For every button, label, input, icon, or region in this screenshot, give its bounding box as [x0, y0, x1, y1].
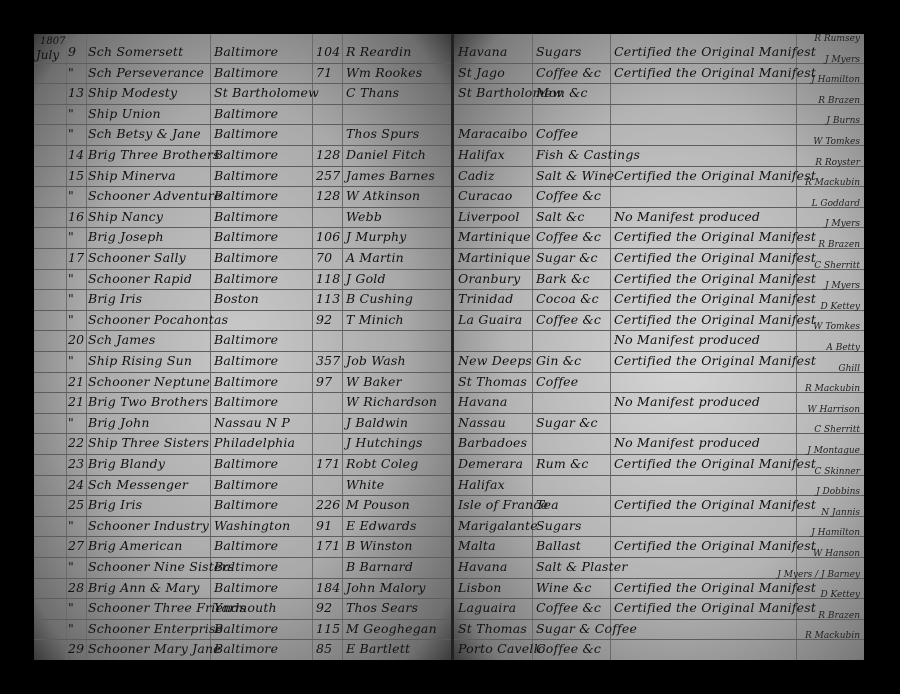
ledger-row-left: 13Ship ModestySt BartholomewC Thans: [34, 83, 452, 105]
signature-cell: C Sherritt: [814, 425, 860, 435]
cargo-cell: Wine &c: [536, 580, 592, 595]
tons-cell: 171: [316, 538, 340, 553]
home-port-cell: Boston: [214, 291, 259, 306]
home-port-cell: Baltimore: [214, 250, 278, 265]
cargo-cell: Coffee &c: [536, 600, 601, 615]
signature-cell: W Tomkes: [813, 137, 860, 147]
master-cell: Wm Rookes: [346, 65, 422, 80]
cargo-cell: Sugars: [536, 44, 582, 59]
ledger-row-right: BarbadoesNo Manifest producedC Sherritt: [454, 433, 864, 455]
remarks-cell: Certified the Original Manifest: [614, 497, 816, 512]
from-port-cell: Trinidad: [458, 291, 513, 306]
signature-cell: J Montague: [807, 446, 860, 456]
master-cell: Webb: [346, 209, 382, 224]
home-port-cell: Baltimore: [214, 497, 278, 512]
signature-cell: R Brazen: [818, 240, 860, 250]
ledger-row-left: 14Brig Three BrothersBaltimore128Daniel …: [34, 145, 452, 167]
from-port-cell: Demerara: [458, 456, 523, 471]
remarks-cell: Certified the Original Manifest: [614, 271, 816, 286]
from-port-cell: Nassau: [458, 415, 506, 430]
ledger-row-left: "Schooner IndustryWashington91E Edwards: [34, 516, 452, 538]
signature-cell: C Skinner: [815, 467, 860, 477]
ledger-row-right: HalifaxC Skinner: [454, 475, 864, 497]
ledger-row-right: No Manifest producedW Tomkes: [454, 330, 864, 352]
remarks-cell: No Manifest produced: [614, 394, 760, 409]
tons-cell: 184: [316, 580, 340, 595]
signature-cell: R Royster: [815, 158, 860, 168]
tons-cell: 118: [316, 271, 340, 286]
day-cell: ": [68, 65, 74, 80]
ledger-row-left: "Sch Betsy & JaneBaltimoreThos Spurs: [34, 124, 452, 146]
cargo-cell: Sugar & Coffee: [536, 621, 637, 636]
ledger-row-right: DemeraraRum &cCertified the Original Man…: [454, 454, 864, 476]
day-cell: ": [68, 559, 74, 574]
ledger-row-right: St ThomasSugar & CoffeeR Brazen: [454, 619, 864, 641]
ledger-row-left: 9Sch SomersettBaltimore104R Reardin: [34, 42, 452, 64]
vessel-cell: Ship Nancy: [88, 209, 163, 224]
ledger-row-right: MartiniqueSugar &cCertified the Original…: [454, 248, 864, 270]
home-port-cell: Baltimore: [214, 188, 278, 203]
tons-cell: 104: [316, 44, 340, 59]
vessel-cell: Brig Blandy: [88, 456, 165, 471]
tons-cell: 115: [316, 621, 340, 636]
master-cell: C Thans: [346, 85, 399, 100]
ledger-row-left: "Ship Rising SunBaltimore357Job Wash: [34, 351, 452, 373]
cargo-cell: Salt & Wine: [536, 168, 614, 183]
cargo-cell: Salt & Plaster: [536, 559, 628, 574]
home-port-cell: Yarmouth: [214, 600, 277, 615]
day-cell: 9: [68, 44, 76, 59]
cargo-cell: Cocoa &c: [536, 291, 599, 306]
home-port-cell: Baltimore: [214, 106, 278, 121]
ledger-row-left: 17Schooner SallyBaltimore70A Martin: [34, 248, 452, 270]
day-cell: ": [68, 106, 74, 121]
ledger-row-right: HavanaNo Manifest producedR Mackubin: [454, 392, 864, 414]
vessel-cell: Sch Messenger: [88, 477, 188, 492]
tons-cell: 92: [316, 600, 332, 615]
tons-cell: 128: [316, 147, 340, 162]
day-cell: ": [68, 415, 74, 430]
cargo-cell: Coffee &c: [536, 312, 601, 327]
ledger-row-left: 21Brig Two BrothersBaltimoreW Richardson: [34, 392, 452, 414]
ledger-row-left: "Brig JohnNassau N PJ Baldwin: [34, 413, 452, 435]
ledger-row-right: CadizSalt & WineCertified the Original M…: [454, 166, 864, 188]
vessel-cell: Schooner Pocahontas: [88, 312, 228, 327]
ledger-row-right: St BartholomewMon &cJ Hamilton: [454, 83, 864, 105]
day-cell: 29: [68, 641, 84, 656]
signature-cell: J Hamilton: [811, 528, 860, 538]
from-port-cell: New Deeps: [458, 353, 532, 368]
tons-cell: 106: [316, 229, 340, 244]
ledger-row-right: MartiniqueCoffee &cCertified the Origina…: [454, 227, 864, 249]
ledger-row-right: LisbonWine &cCertified the Original Mani…: [454, 578, 864, 600]
remarks-cell: Certified the Original Manifest: [614, 291, 816, 306]
from-port-cell: Havana: [458, 559, 508, 574]
vessel-cell: Ship Union: [88, 106, 161, 121]
vessel-cell: Schooner Enterprise: [88, 621, 223, 636]
signature-cell: J Hamilton: [811, 75, 860, 85]
from-port-cell: Havana: [458, 394, 508, 409]
signature-cell: J Myers / J Barney: [777, 570, 860, 580]
ledger-book: 1807 July 9Sch SomersettBaltimore104R Re…: [30, 28, 868, 668]
ledger-row-right: Isle of FranceTeaCertified the Original …: [454, 495, 864, 517]
master-cell: B Winston: [346, 538, 413, 553]
master-cell: J Gold: [346, 271, 386, 286]
home-port-cell: Baltimore: [214, 332, 278, 347]
master-cell: White: [346, 477, 384, 492]
tons-cell: 357: [316, 353, 340, 368]
from-port-cell: Oranbury: [458, 271, 520, 286]
from-port-cell: Marigalante: [458, 518, 538, 533]
from-port-cell: Curacao: [458, 188, 512, 203]
master-cell: B Cushing: [346, 291, 413, 306]
day-cell: ": [68, 312, 74, 327]
cargo-cell: Coffee &c: [536, 65, 601, 80]
signature-cell: J Dobbins: [816, 487, 860, 497]
ledger-row-right: HalifaxFish & CastingsW Tomkes: [454, 145, 864, 167]
remarks-cell: Certified the Original Manifest: [614, 353, 816, 368]
day-cell: ": [68, 188, 74, 203]
ledger-row-left: 23Brig BlandyBaltimore171Robt Coleg: [34, 454, 452, 476]
ledger-row-right: New DeepsGin &cCertified the Original Ma…: [454, 351, 864, 373]
cargo-cell: Coffee &c: [536, 641, 601, 656]
vessel-cell: Sch James: [88, 332, 156, 347]
home-port-cell: St Bartholomew: [214, 85, 319, 100]
remarks-cell: Certified the Original Manifest: [614, 312, 816, 327]
from-port-cell: Malta: [458, 538, 496, 553]
signature-cell: R Mackubin: [805, 384, 860, 394]
tons-cell: 85: [316, 641, 332, 656]
from-port-cell: Barbadoes: [458, 435, 527, 450]
cargo-cell: Gin &c: [536, 353, 581, 368]
ledger-row-left: 24Sch MessengerBaltimoreWhite: [34, 475, 452, 497]
ledger-row-left: 28Brig Ann & MaryBaltimore184John Malory: [34, 578, 452, 600]
vessel-cell: Brig Three Brothers: [88, 147, 220, 162]
day-cell: 13: [68, 85, 84, 100]
home-port-cell: Baltimore: [214, 126, 278, 141]
day-cell: 27: [68, 538, 84, 553]
signature-cell: J Myers: [825, 219, 860, 229]
cargo-cell: Sugar &c: [536, 250, 598, 265]
signature-cell: N Jannis: [821, 508, 860, 518]
vessel-cell: Brig American: [88, 538, 183, 553]
master-cell: W Baker: [346, 374, 402, 389]
from-port-cell: Martinique: [458, 250, 531, 265]
signature-cell: J Myers: [825, 281, 860, 291]
cargo-cell: Coffee &c: [536, 229, 601, 244]
tons-cell: 91: [316, 518, 332, 533]
ledger-row-left: "Schooner Three FriendsYarmouth92Thos Se…: [34, 598, 452, 620]
ledger-row-right: NassauSugar &cW Harrison: [454, 413, 864, 435]
cargo-cell: Sugar &c: [536, 415, 598, 430]
day-cell: 17: [68, 250, 84, 265]
tons-cell: 92: [316, 312, 332, 327]
tons-cell: 257: [316, 168, 340, 183]
ledger-row-right: Porto CavelloCoffee &cR Mackubin: [454, 639, 864, 660]
from-port-cell: Halifax: [458, 477, 505, 492]
signature-cell: W Hanson: [813, 549, 860, 559]
ledger-row-left: "Schooner Nine SistersBaltimoreB Barnard: [34, 557, 452, 579]
ledger-row-left: "Schooner Pocahontas92T Minich: [34, 310, 452, 332]
ledger-row-right: CuracaoCoffee &cR Mackubin: [454, 186, 864, 208]
vessel-cell: Brig Ann & Mary: [88, 580, 200, 595]
cargo-cell: Tea: [536, 497, 559, 512]
from-port-cell: La Guaira: [458, 312, 522, 327]
tons-cell: 128: [316, 188, 340, 203]
ledger-row-left: "Ship UnionBaltimore: [34, 104, 452, 126]
vessel-cell: Brig Joseph: [88, 229, 164, 244]
vessel-cell: Sch Somersett: [88, 44, 183, 59]
vessel-cell: Schooner Rapid: [88, 271, 192, 286]
signature-cell: J Burns: [826, 116, 860, 126]
signature-cell: W Harrison: [807, 405, 860, 415]
home-port-cell: Baltimore: [214, 229, 278, 244]
remarks-cell: No Manifest produced: [614, 332, 760, 347]
day-cell: 28: [68, 580, 84, 595]
cargo-cell: Ballast: [536, 538, 581, 553]
vessel-cell: Sch Betsy & Jane: [88, 126, 201, 141]
day-cell: 22: [68, 435, 84, 450]
remarks-cell: No Manifest produced: [614, 209, 760, 224]
master-cell: W Richardson: [346, 394, 437, 409]
ledger-row-right: MarigalanteSugarsN Jannis: [454, 516, 864, 538]
ledger-row-left: "Schooner AdventureBaltimore128W Atkinso…: [34, 186, 452, 208]
ledger-row-right: MaltaBallastCertified the Original Manif…: [454, 536, 864, 558]
home-port-cell: Baltimore: [214, 147, 278, 162]
ledger-row-left: 22Ship Three SistersPhiladelphiaJ Hutchi…: [34, 433, 452, 455]
master-cell: R Reardin: [346, 44, 411, 59]
remarks-cell: No Manifest produced: [614, 435, 760, 450]
tons-cell: 226: [316, 497, 340, 512]
vessel-cell: Schooner Nine Sisters: [88, 559, 234, 574]
ledger-row-left: 21Schooner NeptuneBaltimore97W Baker: [34, 372, 452, 394]
from-port-cell: Laguaira: [458, 600, 516, 615]
master-cell: J Hutchings: [346, 435, 423, 450]
home-port-cell: Baltimore: [214, 641, 278, 656]
signature-cell: R Mackubin: [805, 631, 860, 641]
master-cell: E Bartlett: [346, 641, 410, 656]
vessel-cell: Brig Iris: [88, 291, 142, 306]
ledger-row-right: St JagoCoffee &cCertified the Original M…: [454, 63, 864, 85]
home-port-cell: Baltimore: [214, 580, 278, 595]
vessel-cell: Ship Three Sisters: [88, 435, 209, 450]
signature-cell: C Sherritt: [814, 261, 860, 271]
home-port-cell: Nassau N P: [214, 415, 290, 430]
ledger-row-left: 27Brig AmericanBaltimore171B Winston: [34, 536, 452, 558]
ledger-row-left: "Schooner RapidBaltimore118J Gold: [34, 269, 452, 291]
home-port-cell: Baltimore: [214, 168, 278, 183]
ledger-row-left: 20Sch JamesBaltimore: [34, 330, 452, 352]
vessel-cell: Schooner Industry: [88, 518, 209, 533]
ledger-row-left: 29Schooner Mary JaneBaltimore85E Bartlet…: [34, 639, 452, 660]
tons-cell: 70: [316, 250, 332, 265]
master-cell: T Minich: [346, 312, 404, 327]
ledger-row-left: "Brig JosephBaltimore106J Murphy: [34, 227, 452, 249]
ledger-row-left: "Brig IrisBoston113B Cushing: [34, 289, 452, 311]
home-port-cell: Baltimore: [214, 271, 278, 286]
ledger-row-left: 15Ship MinervaBaltimore257James Barnes: [34, 166, 452, 188]
cargo-cell: Bark &c: [536, 271, 590, 286]
from-port-cell: Liverpool: [458, 209, 520, 224]
home-port-cell: Baltimore: [214, 559, 278, 574]
master-cell: M Pouson: [346, 497, 410, 512]
cargo-cell: Coffee &c: [536, 188, 601, 203]
tons-cell: 171: [316, 456, 340, 471]
from-port-cell: St Thomas: [458, 621, 527, 636]
day-cell: ": [68, 600, 74, 615]
day-cell: 24: [68, 477, 84, 492]
day-cell: ": [68, 518, 74, 533]
from-port-cell: Halifax: [458, 147, 505, 162]
remarks-cell: Certified the Original Manifest: [614, 538, 816, 553]
day-cell: 25: [68, 497, 84, 512]
master-cell: W Atkinson: [346, 188, 420, 203]
ledger-row-right: St ThomasCoffeeGhill: [454, 372, 864, 394]
tons-cell: 113: [316, 291, 340, 306]
cargo-cell: Fish & Castings: [536, 147, 640, 162]
home-port-cell: Baltimore: [214, 374, 278, 389]
day-cell: ": [68, 291, 74, 306]
ledger-row-right: LiverpoolSalt &cNo Manifest producedL Go…: [454, 207, 864, 229]
home-port-cell: Baltimore: [214, 477, 278, 492]
from-port-cell: Isle of France: [458, 497, 548, 512]
signature-cell: L Goddard: [812, 199, 860, 209]
vessel-cell: Brig John: [88, 415, 150, 430]
master-cell: M Geoghegan: [346, 621, 437, 636]
remarks-cell: Certified the Original Manifest: [614, 250, 816, 265]
vessel-cell: Schooner Mary Jane: [88, 641, 221, 656]
from-port-cell: Havana: [458, 44, 508, 59]
master-cell: Daniel Fitch: [346, 147, 426, 162]
ledger-row-right: LaguairaCoffee &cCertified the Original …: [454, 598, 864, 620]
master-cell: Robt Coleg: [346, 456, 418, 471]
remarks-cell: Certified the Original Manifest: [614, 65, 816, 80]
vessel-cell: Schooner Neptune: [88, 374, 210, 389]
day-cell: 21: [68, 374, 84, 389]
day-cell: 23: [68, 456, 84, 471]
master-cell: B Barnard: [346, 559, 413, 574]
signature-cell: R Brazen: [818, 611, 860, 621]
cargo-cell: Sugars: [536, 518, 582, 533]
ledger-row-left: 25Brig IrisBaltimore226M Pouson: [34, 495, 452, 517]
from-port-cell: St Thomas: [458, 374, 527, 389]
day-cell: 21: [68, 394, 84, 409]
home-port-cell: Baltimore: [214, 621, 278, 636]
remarks-cell: Certified the Original Manifest: [614, 44, 816, 59]
cargo-cell: Rum &c: [536, 456, 589, 471]
home-port-cell: Baltimore: [214, 456, 278, 471]
vessel-cell: Ship Modesty: [88, 85, 177, 100]
ledger-row-left: 16Ship NancyBaltimoreWebb: [34, 207, 452, 229]
right-page: HavanaSugarsCertified the Original Manif…: [454, 34, 864, 660]
signature-cell: D Kettey: [820, 590, 860, 600]
cargo-cell: Coffee: [536, 126, 578, 141]
day-cell: ": [68, 229, 74, 244]
signature-cell: R Brazen: [818, 96, 860, 106]
day-cell: 20: [68, 332, 84, 347]
master-cell: Job Wash: [346, 353, 406, 368]
ledger-row-right: MaracaiboCoffeeJ Burns: [454, 124, 864, 146]
remarks-cell: Certified the Original Manifest: [614, 229, 816, 244]
signature-cell: R Mackubin: [805, 178, 860, 188]
master-cell: Thos Sears: [346, 600, 418, 615]
signature-cell: A Betty: [826, 343, 860, 353]
vessel-cell: Ship Minerva: [88, 168, 176, 183]
master-cell: Thos Spurs: [346, 126, 419, 141]
home-port-cell: Philadelphia: [214, 435, 295, 450]
home-port-cell: Baltimore: [214, 44, 278, 59]
from-port-cell: Cadiz: [458, 168, 495, 183]
day-cell: ": [68, 621, 74, 636]
cargo-cell: Mon &c: [536, 85, 588, 100]
tons-cell: 97: [316, 374, 332, 389]
remarks-cell: Certified the Original Manifest: [614, 456, 816, 471]
signature-cell: Ghill: [838, 364, 860, 374]
master-cell: J Murphy: [346, 229, 407, 244]
ledger-row-right: La GuairaCoffee &cCertified the Original…: [454, 310, 864, 332]
from-port-cell: Maracaibo: [458, 126, 527, 141]
left-page: 1807 July 9Sch SomersettBaltimore104R Re…: [34, 34, 452, 660]
tons-cell: 71: [316, 65, 332, 80]
vessel-cell: Brig Iris: [88, 497, 142, 512]
cargo-cell: Salt &c: [536, 209, 585, 224]
master-cell: A Martin: [346, 250, 404, 265]
home-port-cell: Baltimore: [214, 209, 278, 224]
signature-cell: W Tomkes: [813, 322, 860, 332]
vessel-cell: Brig Two Brothers: [88, 394, 208, 409]
day-cell: 14: [68, 147, 84, 162]
home-port-cell: Baltimore: [214, 65, 278, 80]
signature-cell: D Kettey: [820, 302, 860, 312]
vessel-cell: Schooner Adventure: [88, 188, 222, 203]
master-cell: J Baldwin: [346, 415, 408, 430]
signature-cell: J Myers: [825, 55, 860, 65]
ledger-row-left: "Sch PerseveranceBaltimore71Wm Rookes: [34, 63, 452, 85]
signature-cell: R Rumsey: [814, 34, 860, 44]
day-cell: 15: [68, 168, 84, 183]
day-cell: ": [68, 271, 74, 286]
vessel-cell: Sch Perseverance: [88, 65, 204, 80]
home-port-cell: Baltimore: [214, 538, 278, 553]
remarks-cell: Certified the Original Manifest: [614, 600, 816, 615]
from-port-cell: St Jago: [458, 65, 505, 80]
day-cell: ": [68, 353, 74, 368]
remarks-cell: Certified the Original Manifest: [614, 168, 816, 183]
home-port-cell: Washington: [214, 518, 290, 533]
home-port-cell: Baltimore: [214, 353, 278, 368]
from-port-cell: Porto Cavello: [458, 641, 546, 656]
ledger-row-left: "Schooner EnterpriseBaltimore115M Geoghe…: [34, 619, 452, 641]
ledger-row-right: OranburyBark &cCertified the Original Ma…: [454, 269, 864, 291]
day-cell: 16: [68, 209, 84, 224]
vessel-cell: Ship Rising Sun: [88, 353, 192, 368]
cargo-cell: Coffee: [536, 374, 578, 389]
vessel-cell: Schooner Sally: [88, 250, 186, 265]
master-cell: James Barnes: [346, 168, 435, 183]
master-cell: E Edwards: [346, 518, 417, 533]
from-port-cell: Lisbon: [458, 580, 502, 595]
day-cell: ": [68, 126, 74, 141]
ledger-row-right: TrinidadCocoa &cCertified the Original M…: [454, 289, 864, 311]
ledger-row-right: HavanaSugarsCertified the Original Manif…: [454, 42, 864, 64]
from-port-cell: Martinique: [458, 229, 531, 244]
master-cell: John Malory: [346, 580, 426, 595]
remarks-cell: Certified the Original Manifest: [614, 580, 816, 595]
home-port-cell: Baltimore: [214, 394, 278, 409]
ledger-row-right: R Brazen: [454, 104, 864, 126]
